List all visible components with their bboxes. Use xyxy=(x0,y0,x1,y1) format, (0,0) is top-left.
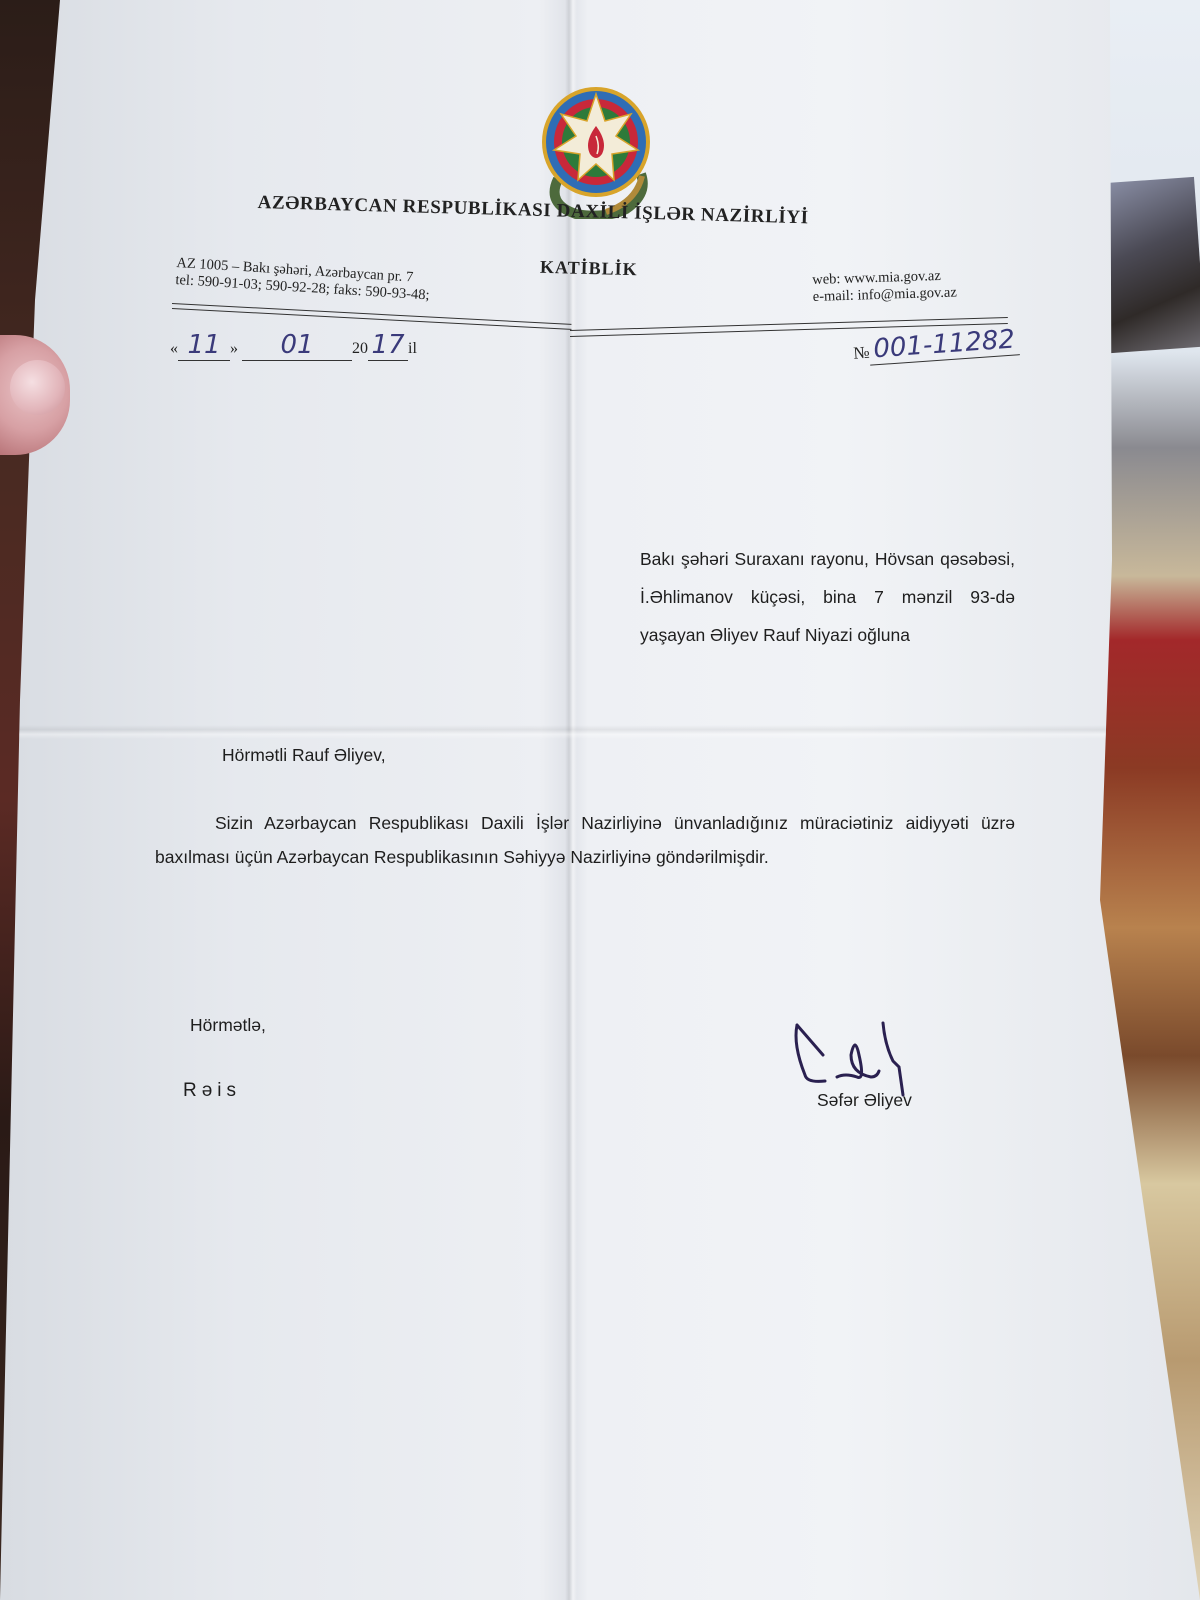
letter-content: AZƏRBAYCAN RESPUBLİKASI DAXİLİ İŞLƏR NAZ… xyxy=(0,0,1200,1600)
letterhead-address: AZ 1005 – Bakı şəhəri, Azərbaycan pr. 7 … xyxy=(175,255,431,304)
date-open-quote: « xyxy=(170,340,178,357)
date-year-suffix: 17 xyxy=(368,330,408,361)
date-year-prefix: 20 xyxy=(352,340,368,357)
closing: Hörmətlə, xyxy=(190,1015,266,1036)
email-link: e-mail: info@mia.gov.az xyxy=(813,284,958,306)
date-close-quote: » xyxy=(230,340,238,357)
letterhead-rule xyxy=(172,303,572,325)
date-day: 11 xyxy=(178,330,230,361)
signer-name: Səfər Əliyev xyxy=(817,1090,912,1111)
date-suffix: il xyxy=(408,340,417,357)
letter-body: Sizin Azərbaycan Respublikası Daxili İşl… xyxy=(155,806,1015,874)
date-month: 01 xyxy=(242,330,352,361)
recipient-address: Bakı şəhəri Suraxanı rayonu, Hövsan qəsə… xyxy=(640,540,1015,654)
department-title: KATİBLİK xyxy=(540,257,638,281)
document-number-label: № xyxy=(853,343,871,363)
document-number-value: 001-11282 xyxy=(868,324,1020,365)
thumbnail-nail xyxy=(10,360,65,415)
letter-date: «11» 012017il xyxy=(170,330,417,361)
document-number: №001-11282 xyxy=(852,324,1020,367)
signer-title: Rəis xyxy=(183,1080,241,1102)
letterhead-rule xyxy=(172,308,572,330)
letterhead-contact: web: www.mia.gov.az e-mail: info@mia.gov… xyxy=(812,267,957,306)
azerbaijan-state-emblem-icon xyxy=(536,84,656,219)
salutation: Hörmətli Rauf Əliyev, xyxy=(222,745,386,766)
organization-title: AZƏRBAYCAN RESPUBLİKASI DAXİLİ İŞLƏR NAZ… xyxy=(257,192,809,229)
